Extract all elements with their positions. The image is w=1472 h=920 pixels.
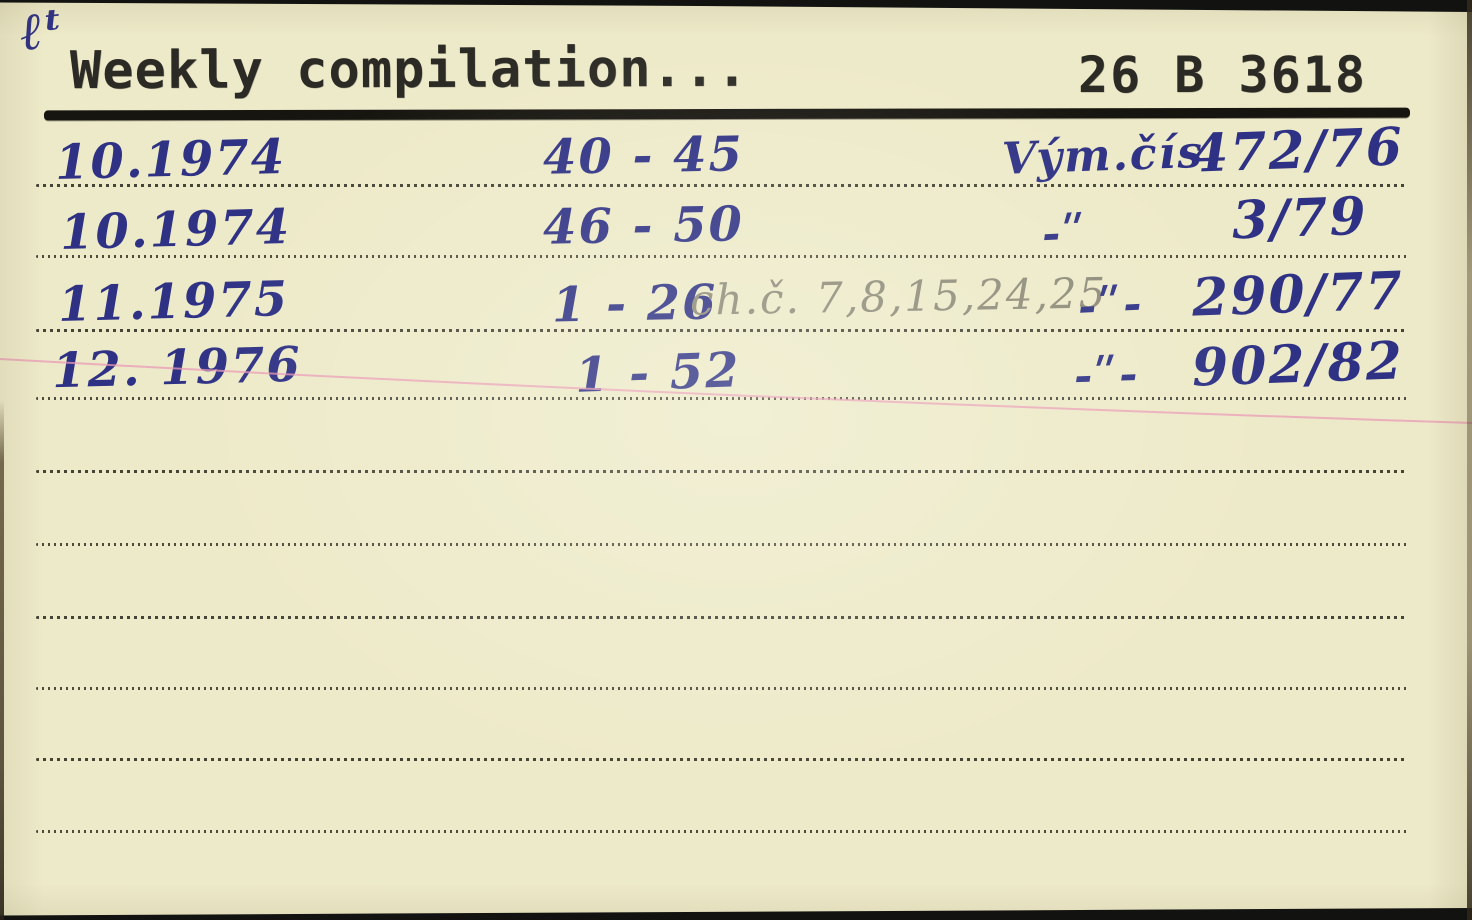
dotted-rule	[36, 687, 1408, 690]
corner-annotation: ℓᵗ	[17, 0, 69, 63]
row-date: 10.1974	[54, 129, 286, 191]
dotted-rule	[36, 616, 1408, 619]
scan-edge-bottom	[0, 906, 1472, 920]
scan-edge-right	[1467, 0, 1472, 920]
row-date: 10.1974	[59, 199, 291, 261]
row-date: 11.1975	[57, 271, 289, 333]
row-ref-number: 472/76	[1191, 116, 1405, 184]
row-ref-label: Vým.čís.	[1001, 126, 1222, 185]
row-issues-pencil-note: ch.č. 7,8,15,24,25	[690, 268, 1108, 324]
card-title: Weekly compilation...	[70, 39, 749, 101]
row-ref-number: 3/79	[1231, 186, 1369, 252]
dotted-rule	[36, 329, 1408, 332]
row-ref-label: -ʺ-	[1073, 349, 1140, 402]
call-number: 26 B 3618	[1078, 46, 1367, 104]
header-rule	[44, 108, 1410, 121]
row-issues: 1 - 52	[574, 342, 741, 404]
row-date: 12. 1976	[51, 337, 302, 400]
row-ref-label: -ʺ	[1041, 207, 1089, 260]
dotted-rule	[36, 470, 1408, 473]
row-ref-number: 902/82	[1191, 330, 1405, 398]
row-ref-label: -ʺ-	[1077, 278, 1145, 332]
catalog-card-scan: ℓᵗ Weekly compilation... 26 B 3618 10.19…	[0, 0, 1472, 920]
dotted-rule	[36, 543, 1408, 546]
dotted-rule	[36, 758, 1408, 761]
row-issues: 40 - 45	[543, 126, 745, 185]
scan-edge-left	[0, 400, 4, 920]
row-ref-number: 290/77	[1191, 260, 1405, 328]
dotted-rule	[36, 830, 1408, 833]
scan-edge-top	[0, 0, 1472, 14]
row-issues: 46 - 50	[543, 196, 745, 255]
